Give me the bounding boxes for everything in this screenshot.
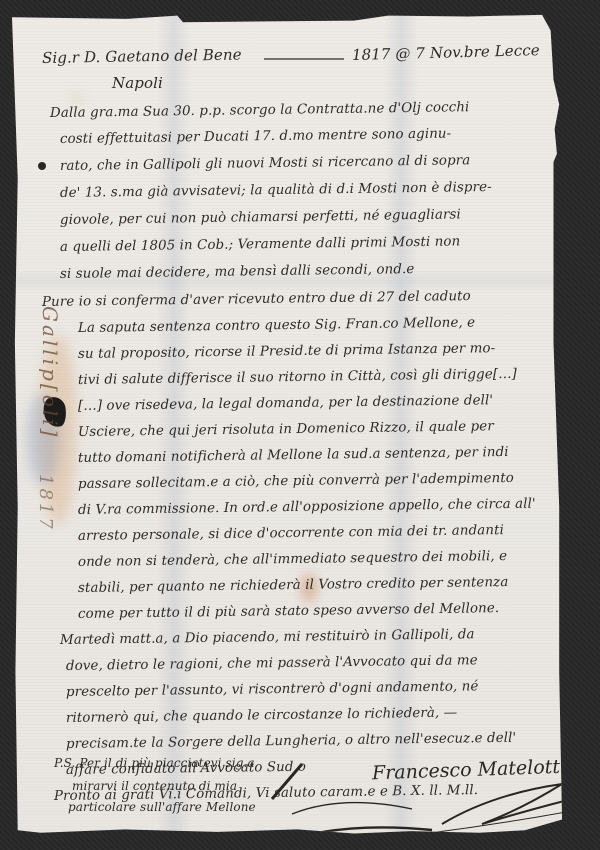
header-dash	[264, 56, 346, 62]
addressee-city: Napoli	[112, 74, 163, 92]
postmark-year: 1817	[35, 474, 56, 532]
postscript-line: particolare sull'affare Mellone	[68, 800, 256, 814]
letter-sheet: Gallip[oli] 1817 Sig.r D. Gaetano del Be…	[12, 14, 582, 836]
postmark-town: Gallip[oli]	[38, 306, 62, 439]
date-place: 1817 @ 7 Nov.bre Lecce	[352, 41, 540, 64]
body-line: su tal proposito, ricorse il Presid.te d…	[78, 341, 495, 362]
body-line: come per tutto il di più sarà stato spes…	[78, 601, 499, 622]
body-line: de' 13. s.ma già avvisatevi; la qualità …	[60, 180, 492, 201]
body-line: tivi di salute differisce il suo ritorno…	[78, 367, 517, 388]
paper-spot	[72, 94, 82, 104]
margin-dot	[38, 162, 46, 170]
body-line: tutto domani notificherà al Mellone la s…	[78, 445, 509, 466]
postscript-line: mirarvi il contenuto di mia	[72, 779, 237, 793]
body-line: […] ove risedeva, la legal domanda, per …	[78, 393, 493, 414]
body-line: arresto personale, si dice d'occorrente …	[78, 523, 504, 544]
postscript-line: P.S. Per il di più piacciatevi sig.a	[54, 756, 255, 770]
body-line: precisam.te la Sorgere della Lungheria, …	[66, 731, 516, 752]
body-line: Usciere, che qui jeri risoluta in Domeni…	[78, 419, 494, 440]
body-line: stabili, per quanto ne richiederà il Vos…	[78, 575, 509, 596]
addressee: Sig.r D. Gaetano del Bene	[42, 46, 242, 67]
body-line: passare sollecitam.e a ciò, che più conv…	[78, 471, 514, 492]
body-line: onde non si tenderà, che all'immediato s…	[78, 549, 507, 570]
body-line: di V.ra commissione. In ord.e all'opposi…	[78, 497, 536, 518]
